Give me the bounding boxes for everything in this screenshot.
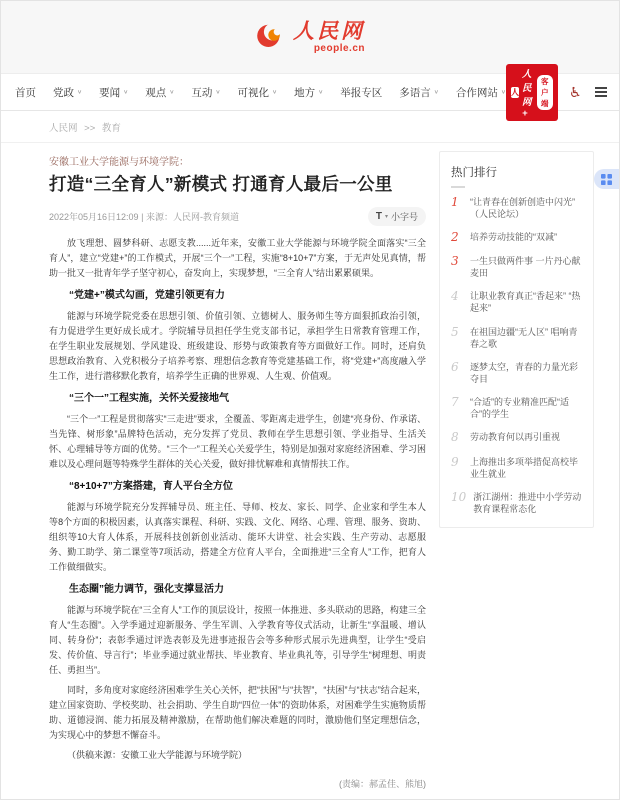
page-title: 打造“三全育人”新模式 打通育人最后一公里: [49, 173, 426, 197]
hot-ranking-item-label: 让职业教育真正“香起来” “热起来”: [470, 290, 582, 314]
article-body: 放飞理想、圆梦科研、志愿支教......近年来，安徽工业大学能源与环境学院全面落…: [49, 236, 426, 763]
hot-ranking-item-label: 逐梦太空，青春的力量光彩夺目: [470, 361, 582, 385]
nav-item-label: 地方: [294, 85, 315, 100]
article-meta: 2022年05月16日12:09 | 来源：人民网-教育频道 T ▾ 小字号: [49, 207, 426, 226]
article-paragraph: “三个一”工程是贯彻落实“三走进”要求，全覆盖、零距离走进学生，创建“亮身份、作…: [49, 412, 426, 472]
chevron-down-icon: ∨: [501, 89, 506, 95]
chevron-down-icon: ∨: [77, 89, 82, 95]
nav-item-观点[interactable]: 观点∨: [145, 85, 174, 100]
hot-ranking-item-label: “让青春在创新创造中闪光” （人民论坛）: [470, 196, 582, 220]
article-paragraph: 能源与环境学院党委在思想引领、价值引领、立德树人、服务师生等方面狠抓政治引领，有…: [49, 309, 426, 384]
nav-item-label: 互动: [191, 85, 212, 100]
site-header: 人民网 people.cn: [1, 1, 619, 73]
nav-item-label: 举报专区: [340, 85, 382, 100]
nav-item-党政[interactable]: 党政∨: [53, 85, 82, 100]
hot-ranking-item[interactable]: 8劳动教育何以再引重视: [451, 426, 582, 450]
hot-ranking-item[interactable]: 7“合适”的专业精准匹配“适合”的学生: [451, 391, 582, 426]
hot-ranking-item[interactable]: 5在祖国边疆“无人区” 唱响青春之歌: [451, 320, 582, 355]
main-content: 安徽工业大学能源与环境学院： 打造“三全育人”新模式 打通育人最后一公里 202…: [1, 143, 619, 790]
article-paragraph: 同时，多角度对家庭经济困难学生关心关怀，把“扶困”与“扶智”，“扶困”与“扶志”…: [49, 683, 426, 743]
chevron-down-icon: ∨: [272, 89, 277, 95]
hot-ranking-panel: 热门排行 1“让青春在创新创造中闪光” （人民论坛）2培养劳动技能的“双减”3一…: [439, 151, 594, 528]
hot-ranking-list: 1“让青春在创新创造中闪光” （人民论坛）2培养劳动技能的“双减”3一生只做两件…: [451, 190, 582, 521]
rank-number: 5: [451, 326, 463, 339]
hot-ranking-item[interactable]: 10浙江湖州：推进中小学劳动教育课程常态化: [451, 485, 582, 520]
hot-ranking-item[interactable]: 4让职业教育真正“香起来” “热起来”: [451, 285, 582, 320]
source-link[interactable]: 人民网-教育频道: [173, 212, 239, 222]
meta-divider: |: [141, 212, 143, 222]
nav-item-要闻[interactable]: 要闻∨: [99, 85, 128, 100]
section-heading: 生态圈”能力调节，强化支撑显活力: [49, 582, 426, 597]
editors-line: (责编：郝孟佳、熊旭): [49, 777, 426, 790]
breadcrumb-section[interactable]: 教育: [102, 123, 121, 134]
logo-text-en: people.cn: [314, 44, 365, 54]
nav-item-label: 可视化: [238, 85, 270, 100]
font-size-button[interactable]: T ▾ 小字号: [368, 207, 426, 226]
app-badge-tag: 客户端: [537, 75, 553, 110]
grid-icon: [601, 174, 612, 185]
section-heading: “三个一”工程实施，关怀关爱接地气: [49, 391, 426, 406]
hot-ranking-item[interactable]: 6逐梦太空，青春的力量光彩夺目: [451, 355, 582, 390]
chevron-down-icon: ∨: [169, 89, 174, 95]
app-client-badge[interactable]: 人 人民网+ 客户端: [506, 64, 558, 121]
app-badge-logo-icon: 人: [511, 87, 519, 98]
breadcrumb-separator: >>: [84, 123, 95, 134]
article: 安徽工业大学能源与环境学院： 打造“三全育人”新模式 打通育人最后一公里 202…: [49, 151, 426, 790]
logo-text-cn: 人民网: [293, 21, 365, 42]
nav-item-label: 首页: [15, 85, 36, 100]
nav-item-举报专区[interactable]: 举报专区: [340, 85, 382, 100]
hot-ranking-item-label: “合适”的专业精准匹配“适合”的学生: [470, 396, 582, 420]
source-label: 来源：: [146, 212, 173, 222]
main-nav: 首页党政∨要闻∨观点∨互动∨可视化∨地方∨举报专区多语言∨合作网站∨ 人 人民网…: [1, 73, 619, 111]
app-badge-brand: 人民网+: [522, 66, 534, 119]
nav-item-可视化[interactable]: 可视化∨: [238, 85, 278, 100]
hot-ranking-item[interactable]: 3一生只做两件事 一片丹心献麦田: [451, 249, 582, 284]
article-date: 2022年05月16日12:09: [49, 212, 139, 222]
hot-ranking-item[interactable]: 9上海推出多项举措促高校毕业生就业: [451, 450, 582, 485]
rank-number: 1: [451, 196, 463, 209]
rank-number: 3: [451, 255, 463, 268]
font-size-icon: T: [376, 211, 382, 222]
nav-item-多语言[interactable]: 多语言∨: [399, 85, 439, 100]
nav-item-互动[interactable]: 互动∨: [191, 85, 220, 100]
article-paragraph: （供稿来源：安徽工业大学能源与环境学院）: [49, 748, 426, 763]
rank-number: 4: [451, 290, 463, 303]
rank-number: 8: [451, 431, 463, 444]
chevron-down-icon: ∨: [434, 89, 439, 95]
article-paragraph: 能源与环境学院在“三全育人”工作的顶层设计，按照一体推进、多头联动的思路，构建三…: [49, 603, 426, 678]
nav-item-首页[interactable]: 首页: [15, 85, 36, 100]
hot-ranking-item-label: 劳动教育何以再引重视: [470, 431, 560, 443]
chevron-down-icon: ∨: [215, 89, 220, 95]
rank-number: 9: [451, 456, 463, 469]
nav-item-label: 多语言: [399, 85, 431, 100]
chevron-down-icon: ∨: [123, 89, 128, 95]
side-widget-button[interactable]: [594, 169, 619, 189]
main-nav-items: 首页党政∨要闻∨观点∨互动∨可视化∨地方∨举报专区多语言∨合作网站∨: [15, 85, 506, 100]
hot-ranking-item[interactable]: 1“让青春在创新创造中闪光” （人民论坛）: [451, 190, 582, 225]
chevron-down-icon: ∨: [318, 89, 323, 95]
page: 人民网 people.cn 首页党政∨要闻∨观点∨互动∨可视化∨地方∨举报专区多…: [0, 0, 620, 800]
menu-icon[interactable]: [593, 85, 609, 99]
nav-item-label: 要闻: [99, 85, 120, 100]
rank-number: 7: [451, 396, 463, 409]
nav-item-合作网站[interactable]: 合作网站∨: [456, 85, 506, 100]
hot-ranking-title: 热门排行: [451, 164, 582, 180]
rank-number: 10: [451, 491, 466, 504]
accessibility-icon[interactable]: ♿: [569, 85, 582, 99]
section-heading: “8+10+7”方案搭建，育人平台全方位: [49, 479, 426, 494]
breadcrumb-site[interactable]: 人民网: [49, 123, 78, 134]
rank-number: 2: [451, 231, 463, 244]
site-logo[interactable]: 人民网 people.cn: [255, 19, 365, 56]
article-paragraph: 能源与环境学院充分发挥辅导员、班主任、导师、校友、家长、同学、企业家和学生本人等…: [49, 500, 426, 575]
hot-ranking-item-label: 浙江湖州：推进中小学劳动教育课程常态化: [473, 491, 582, 515]
chevron-down-icon: ▾: [385, 213, 388, 220]
rank-number: 6: [451, 361, 463, 374]
article-kicker: 安徽工业大学能源与环境学院：: [49, 153, 426, 168]
article-paragraph: 放飞理想、圆梦科研、志愿支教......近年来，安徽工业大学能源与环境学院全面落…: [49, 236, 426, 281]
font-size-label: 小字号: [391, 210, 418, 223]
hot-ranking-item-label: 培养劳动技能的“双减”: [470, 231, 557, 243]
hot-ranking-item-label: 一生只做两件事 一片丹心献麦田: [470, 255, 582, 279]
section-heading: “党建+”模式勾画，党建引领更有力: [49, 288, 426, 303]
nav-item-label: 党政: [53, 85, 74, 100]
nav-item-地方[interactable]: 地方∨: [294, 85, 323, 100]
nav-item-label: 合作网站: [456, 85, 498, 100]
hot-ranking-divider: [451, 186, 465, 188]
people-swirl-icon: [255, 19, 287, 56]
hot-ranking-item[interactable]: 2培养劳动技能的“双减”: [451, 225, 582, 249]
hot-ranking-item-label: 在祖国边疆“无人区” 唱响青春之歌: [470, 326, 582, 350]
nav-item-label: 观点: [145, 85, 166, 100]
hot-ranking-item-label: 上海推出多项举措促高校毕业生就业: [470, 456, 582, 480]
